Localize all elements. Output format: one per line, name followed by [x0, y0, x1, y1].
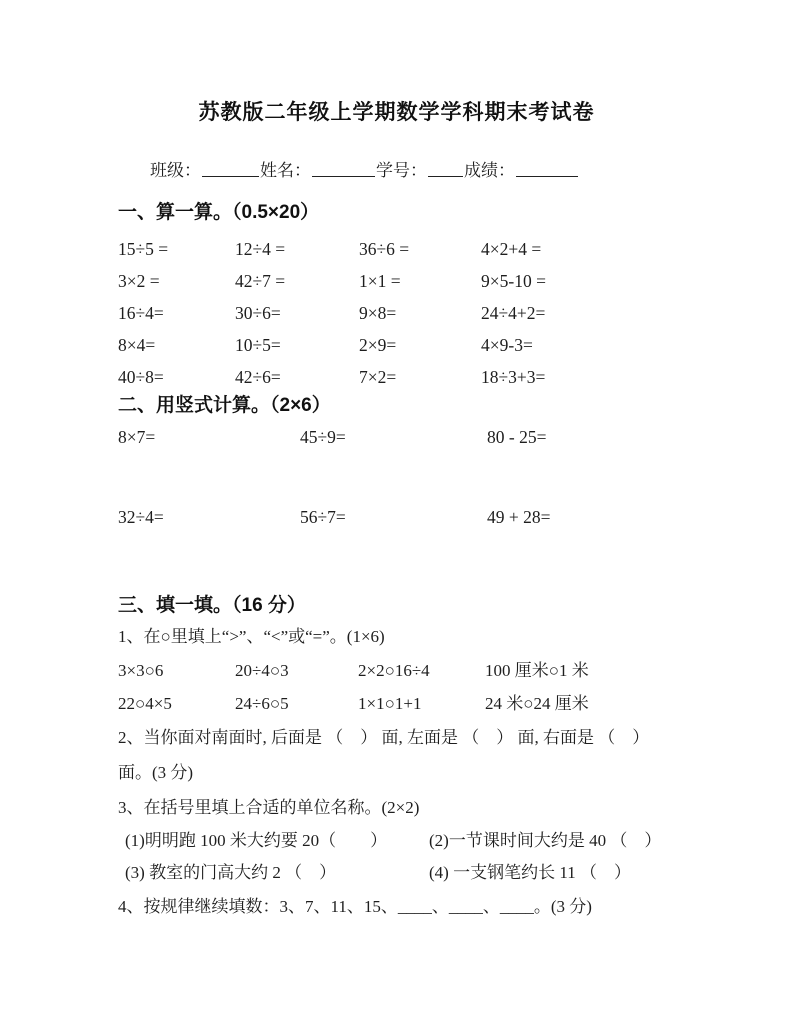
calc-expression: 42÷6= — [235, 361, 359, 393]
vertical-calc-expression: 56÷7= — [300, 503, 487, 531]
comparison-expression: 24÷6○5 — [235, 687, 358, 720]
calc-expression: 30÷6= — [235, 297, 359, 329]
calc-expression: 8×4= — [118, 329, 235, 361]
section-one-problem-grid: 15÷5 = 12÷4 = 36÷6 = 4×2+4 = 3×2 = 42÷7 … — [118, 233, 696, 393]
section-one-heading: 一、算一算。（0.5×20） — [118, 200, 696, 226]
calc-expression: 4×9-3= — [481, 329, 696, 361]
question-1-text: 1、在○里填上“>”、“<”或“=”。(1×6) — [118, 620, 696, 654]
calc-expression: 40÷8= — [118, 361, 235, 393]
calc-expression: 16÷4= — [118, 297, 235, 329]
unit-fill-item: (4) 一支钢笔约长 11 （ ） — [429, 857, 696, 889]
question-3-text: 3、在括号里填上合适的单位名称。(2×2) — [118, 791, 696, 825]
calc-expression: 42÷7 = — [235, 265, 359, 297]
comparison-expression: 100 厘米○1 米 — [485, 654, 696, 687]
comparison-expression: 24 米○24 厘米 — [485, 687, 696, 720]
section-two-row-2: 32÷4= 56÷7= 49 + 28= — [118, 503, 696, 531]
exam-paper-page: 苏教版二年级上学期数学学科期末考试卷 班级：姓名：学号：成绩： 一、算一算。（0… — [0, 0, 793, 1020]
calc-expression: 12÷4 = — [235, 233, 359, 265]
section-two-heading: 二、用竖式计算。（2×6） — [118, 393, 696, 419]
comparison-expression: 20÷4○3 — [235, 654, 358, 687]
question-2-line-2: 面。(3 分) — [118, 756, 696, 790]
unit-fill-item: (3) 教室的门高大约 2 （ ） — [125, 857, 429, 889]
calc-expression: 4×2+4 = — [481, 233, 696, 265]
vertical-calc-expression: 80 - 25= — [487, 423, 696, 451]
calc-expression: 2×9= — [359, 329, 481, 361]
name-label: 姓名： — [260, 161, 311, 180]
vertical-calc-expression: 8×7= — [118, 423, 300, 451]
vertical-calc-expression: 32÷4= — [118, 503, 300, 531]
calc-expression: 9×5-10 = — [481, 265, 696, 297]
student-id-label: 学号： — [376, 161, 427, 180]
vertical-calc-expression: 45÷9= — [300, 423, 487, 451]
comparison-expression: 1×1○1+1 — [358, 687, 485, 720]
exam-content: 班级：姓名：学号：成绩： 一、算一算。（0.5×20） 15÷5 = 12÷4 … — [118, 96, 696, 924]
class-blank — [202, 161, 259, 177]
calc-expression: 9×8= — [359, 297, 481, 329]
comparison-expression: 22○4×5 — [118, 687, 235, 720]
calc-expression: 15÷5 = — [118, 233, 235, 265]
section-two-row-1: 8×7= 45÷9= 80 - 25= — [118, 423, 696, 451]
calc-expression: 18÷3+3= — [481, 361, 696, 393]
class-label: 班级： — [150, 161, 201, 180]
calc-expression: 24÷4+2= — [481, 297, 696, 329]
calc-expression: 36÷6 = — [359, 233, 481, 265]
question-2-line-1: 2、当你面对南面时, 后面是 （ ） 面, 左面是 （ ） 面, 右面是 （ ） — [118, 721, 696, 755]
comparison-expression: 2×2○16÷4 — [358, 654, 485, 687]
unit-fill-item: (1)明明跑 100 米大约要 20（ ） — [125, 825, 429, 857]
calc-expression: 3×2 = — [118, 265, 235, 297]
comparison-expression: 3×3○6 — [118, 654, 235, 687]
unit-fill-grid: (1)明明跑 100 米大约要 20（ ） (2)一节课时间大约是 40 （ ）… — [125, 825, 696, 889]
calc-expression: 10÷5= — [235, 329, 359, 361]
vertical-calc-expression: 49 + 28= — [487, 503, 696, 531]
section-three-heading: 三、填一填。（16 分） — [118, 593, 696, 619]
unit-fill-item: (2)一节课时间大约是 40 （ ） — [429, 825, 696, 857]
name-blank — [312, 161, 375, 177]
calc-expression: 1×1 = — [359, 265, 481, 297]
student-info-line: 班级：姓名：学号：成绩： — [150, 156, 696, 181]
calc-expression: 7×2= — [359, 361, 481, 393]
comparison-grid: 3×3○6 20÷4○3 2×2○16÷4 100 厘米○1 米 22○4×5 … — [118, 654, 696, 720]
score-label: 成绩： — [464, 161, 515, 180]
question-4-text: 4、按规律继续填数：3、7、11、15、____、____、____。(3 分) — [118, 890, 696, 924]
score-blank — [516, 161, 578, 177]
student-id-blank — [428, 161, 463, 177]
